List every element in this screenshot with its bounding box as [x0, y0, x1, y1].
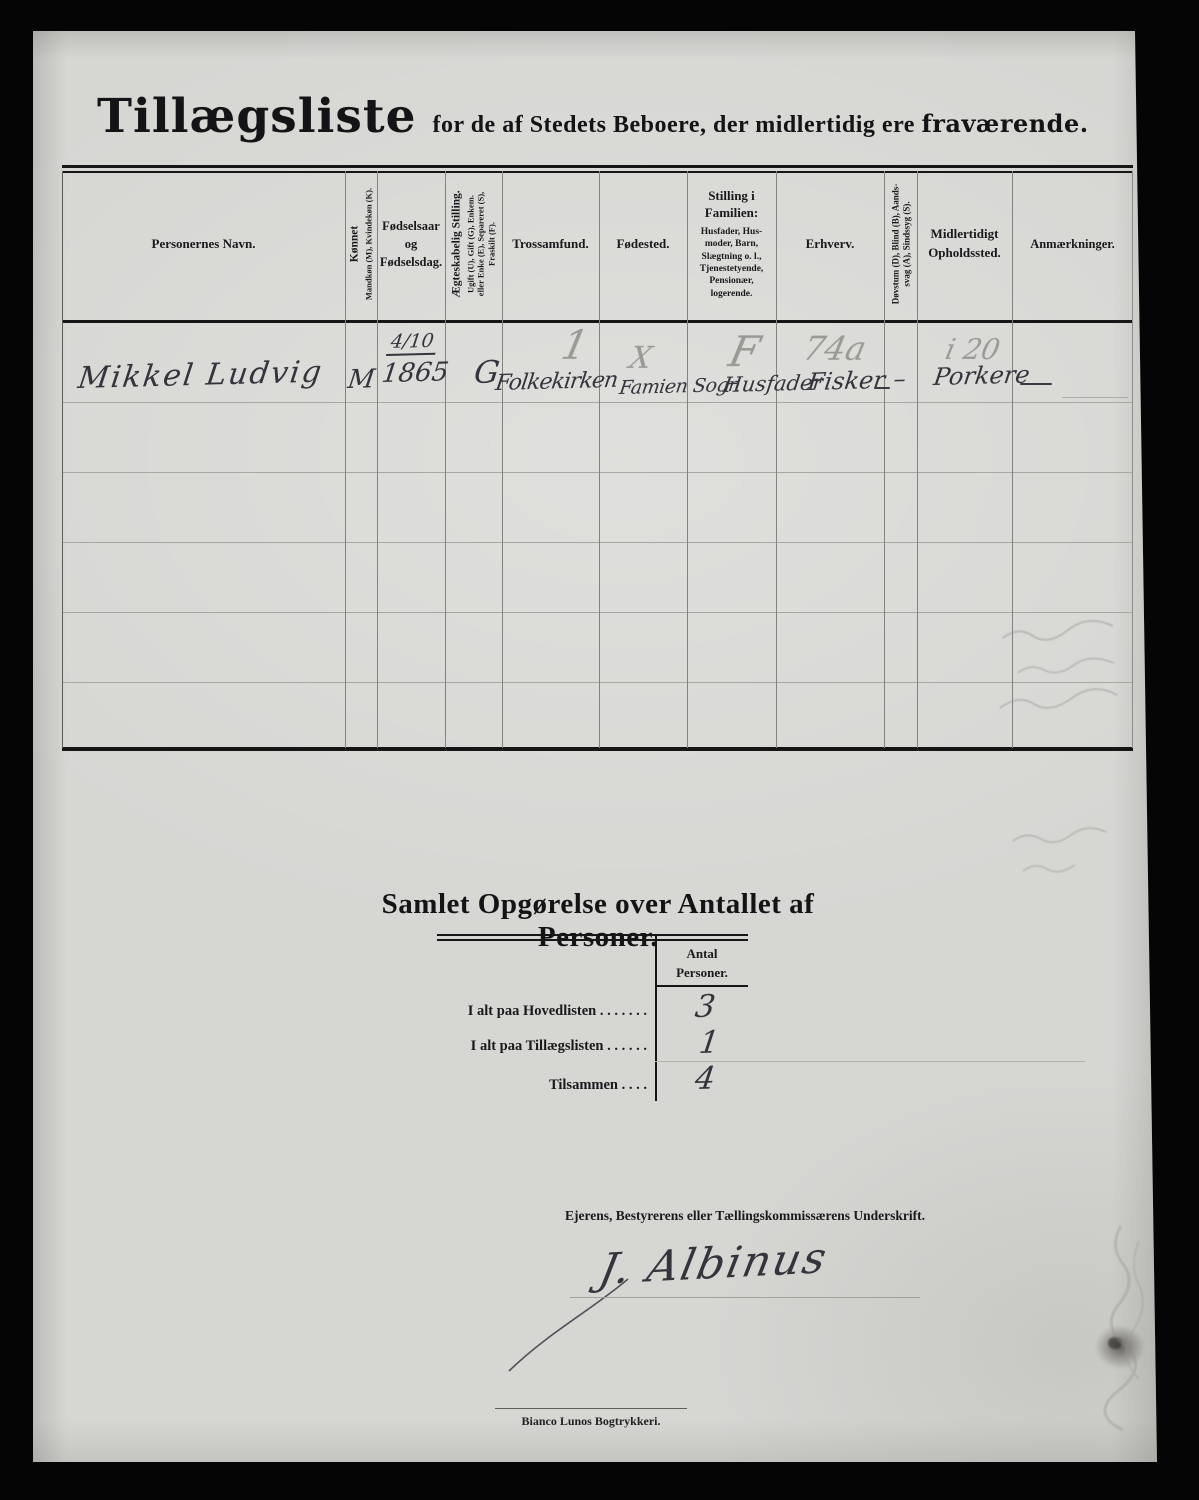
entry-occupation: Fisker — [806, 366, 887, 396]
page-title: Tillægsliste for de af Stedets Beboere, … — [97, 89, 1137, 144]
signature-flourish — [503, 1271, 633, 1381]
pencil-annotation: X — [626, 341, 655, 376]
bleedthrough-marks — [1091, 1221, 1151, 1451]
summary-column-header: Antal Personer. — [655, 945, 749, 983]
row-divider — [63, 402, 1132, 403]
entry-religion: Folkekirken — [494, 368, 619, 396]
column-header-temporary-residence: Midlertidigt Opholdssted. — [917, 168, 1012, 320]
pen-stroke — [874, 387, 890, 389]
table-bottom-rule — [62, 747, 1133, 751]
column-header-disability: Døvstum (D), Blind (B), Aands- svag (A),… — [884, 168, 917, 320]
signature-line — [570, 1297, 920, 1298]
signature-caption: Ejerens, Bestyrerens eller Tællingskommi… — [545, 1208, 945, 1224]
column-header-birthdate: Fødselsaar og Fødselsdag. — [377, 168, 445, 320]
summary-top-rule-1 — [437, 934, 748, 936]
faint-baseline — [1062, 397, 1128, 398]
bleedthrough-marks — [1008, 816, 1118, 886]
pencil-annotation: i 20 — [942, 333, 1002, 366]
row-divider — [63, 682, 1132, 683]
entry-disability-mark: – — [892, 365, 908, 393]
column-header-remarks: Anmærkninger. — [1012, 168, 1133, 320]
pencil-annotation: 74a — [800, 329, 870, 368]
column-header-marital-status: Ægteskabelig Stilling. Ugift (U), Gift (… — [445, 168, 502, 320]
column-header-name: Personernes Navn. — [62, 168, 345, 320]
printer-mark: Bianco Lunos Bogtrykkeri. — [495, 1408, 687, 1429]
pen-stroke — [1020, 383, 1052, 385]
bleedthrough-marks — [998, 603, 1148, 723]
entry-name: Mikkel Ludvig — [76, 355, 325, 396]
summary-row-label: I alt paa Hovedlisten . . . . . . . — [437, 1003, 647, 1020]
entry-birth-day: 4/10 — [386, 330, 438, 356]
page-title-main: Tillægsliste — [97, 89, 416, 144]
summary-top-rule-2 — [437, 939, 748, 941]
column-header-sex: Kønnet Mandkøn (M), Kvindekøn (K). — [345, 168, 377, 320]
subtitle-emphasis: fraværende. — [921, 109, 1088, 138]
summary-row-value: 4 — [693, 1060, 718, 1097]
summary-row-label: I alt paa Tillægslisten . . . . . . — [437, 1038, 647, 1055]
column-header-birthplace: Fødested. — [599, 168, 687, 320]
column-header-religion: Trossamfund. — [502, 168, 599, 320]
pencil-annotation: 1 — [557, 323, 592, 369]
faint-line — [655, 1061, 1085, 1062]
subtitle-prefix: for de af Stedets Beboere, der midlertid… — [432, 112, 914, 138]
page-title-subtitle: for de af Stedets Beboere, der midlertid… — [432, 109, 1088, 139]
summary-row-label: Tilsammen . . . . — [437, 1077, 647, 1094]
header-bottom-rule — [62, 320, 1133, 323]
summary-row-value: 3 — [693, 988, 718, 1025]
summary-header-underline — [657, 985, 748, 987]
scanned-census-page: Tillægsliste for de af Stedets Beboere, … — [0, 0, 1199, 1500]
pencil-annotation: F — [725, 327, 765, 376]
row-divider — [63, 472, 1132, 473]
summary-title: Samlet Opgørelse over Antallet af Person… — [333, 888, 863, 954]
summary-row-value: 1 — [697, 1024, 722, 1061]
paper-sheet: Tillægsliste for de af Stedets Beboere, … — [33, 31, 1157, 1462]
column-header-family-position: Stilling i Familien: Husfader, Hus- mode… — [687, 168, 776, 320]
row-divider — [63, 542, 1132, 543]
column-header-occupation: Erhverv. — [776, 168, 884, 320]
row-divider — [63, 612, 1132, 613]
entry-birth-year: 1865 — [380, 357, 450, 389]
entry-sex: M — [346, 364, 377, 395]
census-table: Personernes Navn. Kønnet Mandkøn (M), Kv… — [62, 165, 1133, 751]
